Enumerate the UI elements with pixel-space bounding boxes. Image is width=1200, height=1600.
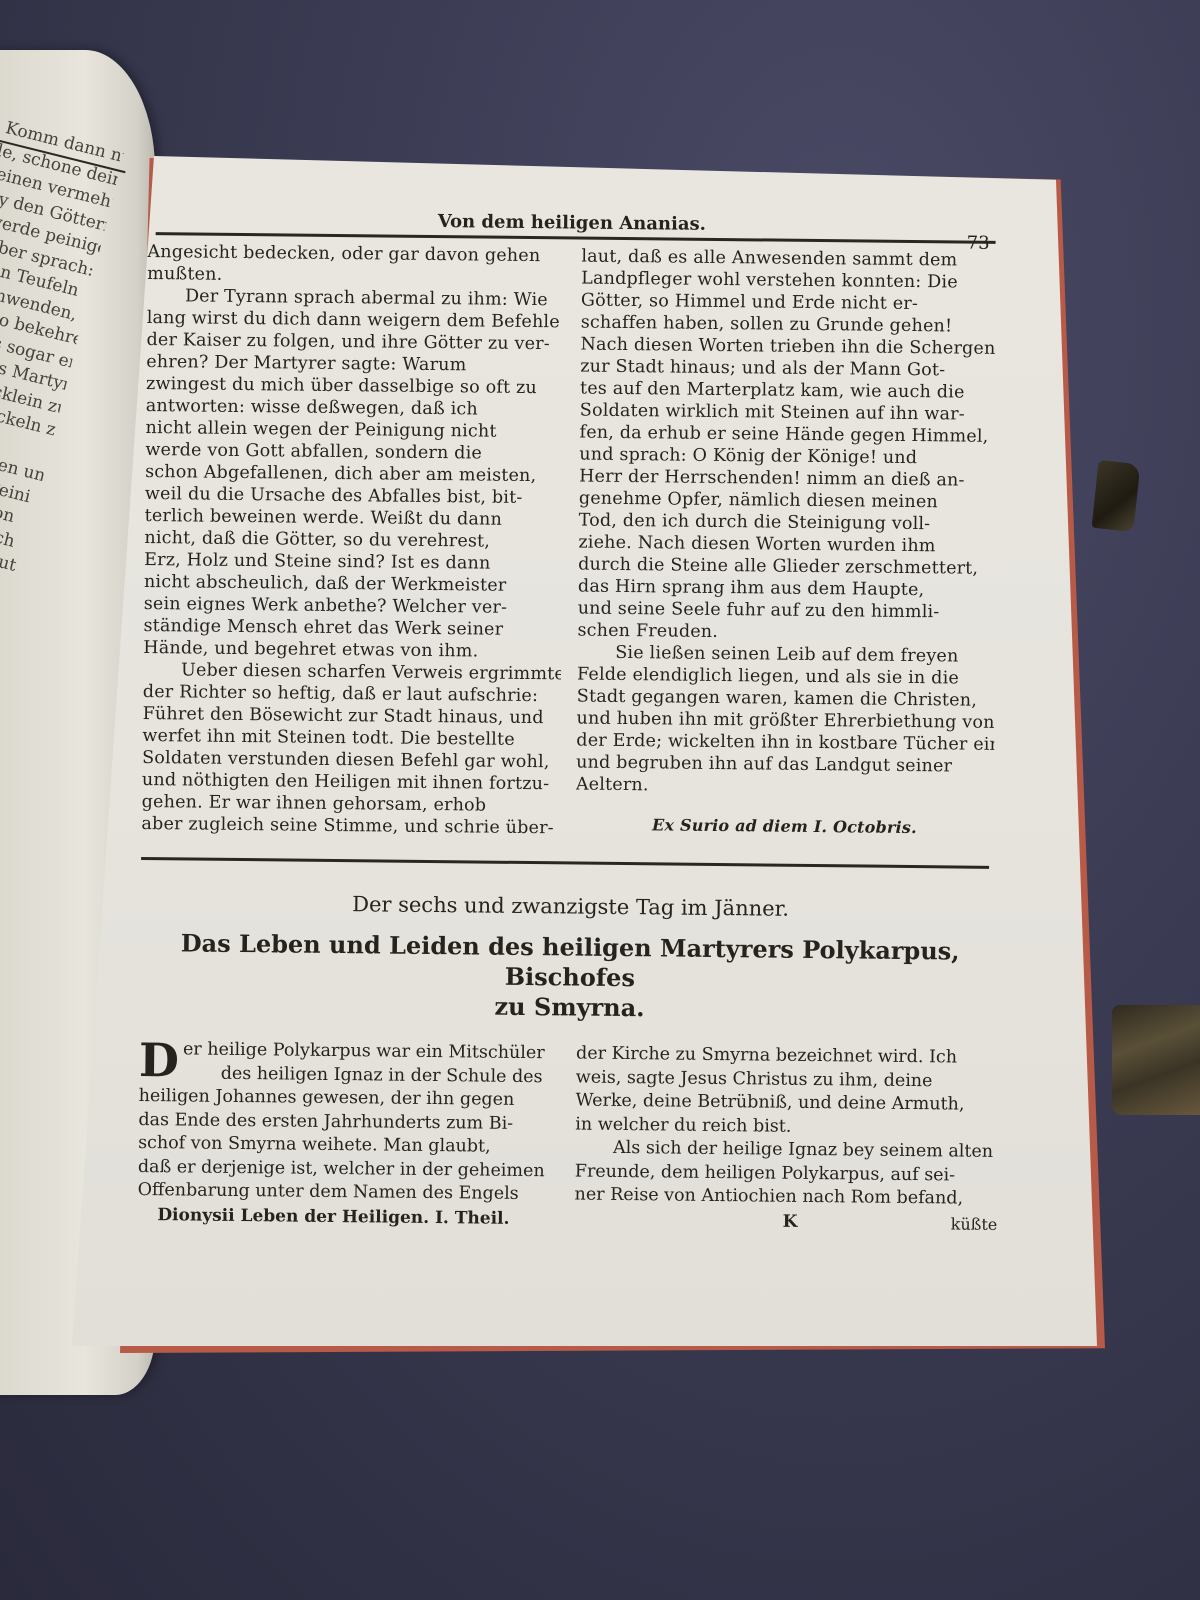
page-content: Von dem heiligen Ananias. 73 Angesicht b…	[137, 200, 1008, 1233]
top-columns: Angesicht bedecken, oder gar davon gehen…	[141, 241, 1007, 844]
bottom-columns: D er heilige Polykarpus war ein Mitschül…	[138, 1038, 1000, 1211]
page-number: 73	[967, 233, 990, 254]
book-clasp-upper	[1092, 460, 1141, 532]
column-right-bottom: der Kirche zu Smyrna bezeichnet wird. Ic…	[574, 1043, 999, 1212]
book-clasp-lower	[1112, 1005, 1200, 1115]
column-right-top: laut, daß es alle Anwesenden sammt demLa…	[575, 246, 999, 844]
catchword: küßte	[951, 1214, 998, 1233]
text-line: aber zugleich seine Stimme, und schrie ü…	[141, 813, 559, 839]
drop-cap: D	[139, 1040, 179, 1080]
chapter-title: Das Leben und Leiden des heiligen Martyr…	[139, 928, 1000, 1027]
column-left-bottom: D er heilige Polykarpus war ein Mitschül…	[138, 1038, 563, 1207]
column-left-top: Angesicht bedecken, oder gar davon gehen…	[141, 241, 565, 839]
text-line: er heilige Polykarpus war ein Mitschüler	[183, 1038, 562, 1065]
text-line: Offenbarung unter dem Namen des Engels	[138, 1179, 561, 1207]
footer-title: Dionysii Leben der Heiligen. I. Theil.	[137, 1204, 509, 1228]
section-rule	[141, 857, 989, 869]
signature-mark: K	[783, 1211, 798, 1231]
running-head-title: Von dem heiligen Ananias.	[438, 211, 706, 235]
chapter-title-line-1: Das Leben und Leiden des heiligen Martyr…	[140, 928, 1001, 997]
day-heading: Der sechs und zwanzigste Tag im Jänner.	[141, 890, 1001, 923]
citation: Ex Surio ad diem I. Octobris.	[575, 814, 993, 840]
text-line: Aeltern.	[576, 774, 994, 800]
text-line: ner Reise von Antiochien nach Rom befand…	[574, 1184, 997, 1212]
